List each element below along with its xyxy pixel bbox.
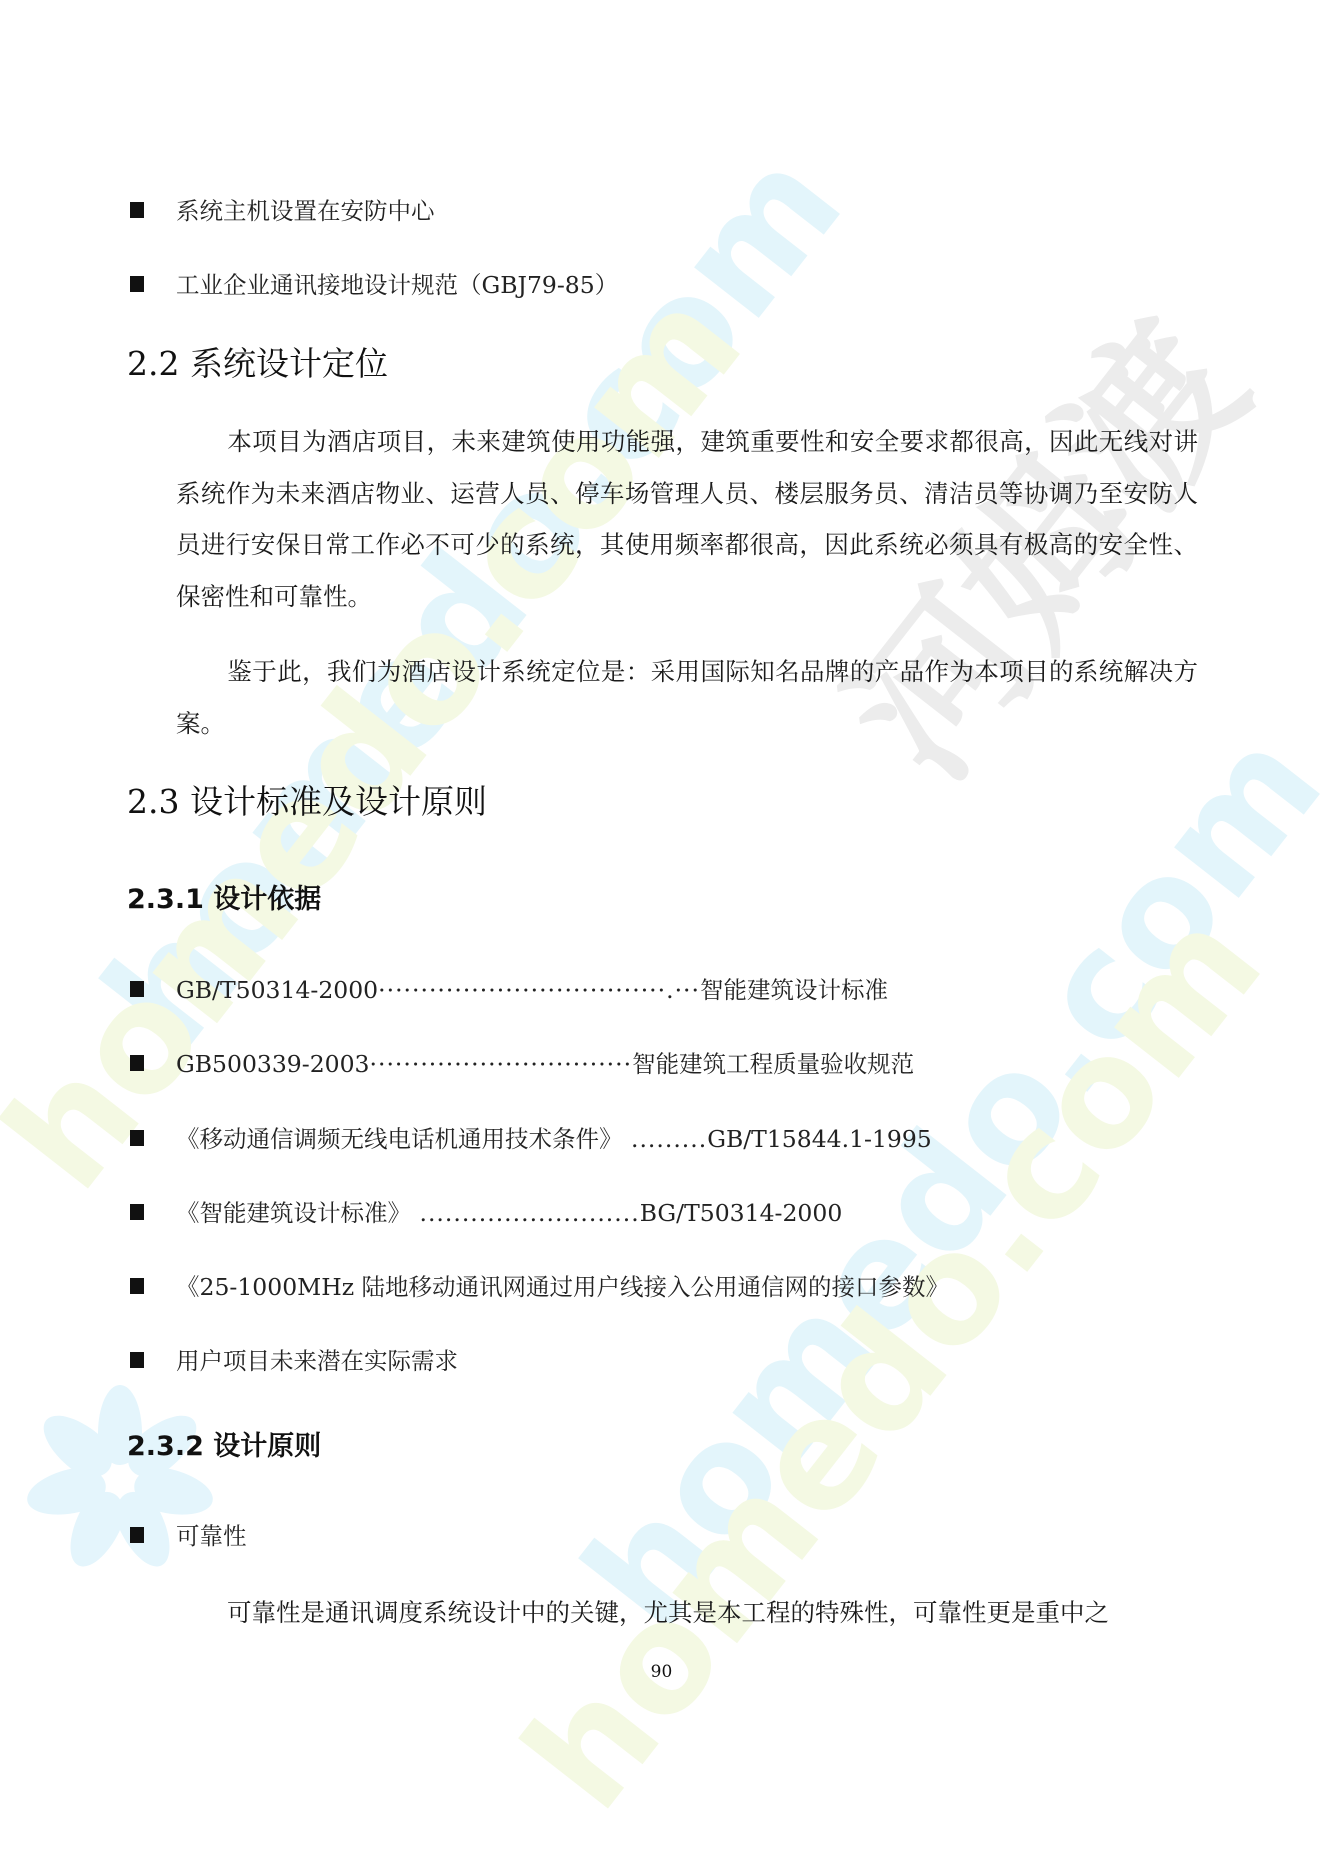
square-bullet-icon — [130, 1527, 144, 1543]
paragraph: 本项目为酒店项目，未来建筑使用功能强，建筑重要性和安全要求都很高，因此无线对讲系… — [176, 416, 1198, 622]
standard-code: BG/T50314-2000 — [640, 1199, 843, 1227]
standard-code: GB/T50314-2000 — [176, 976, 378, 1004]
subsection-heading-2-3-1: 2.3.1 设计依据 — [127, 883, 321, 917]
standard-title: 《25-1000MHz 陆地移动通讯网通过用户线接入公用通信网的接口参数》 — [176, 1272, 949, 1302]
list-item-text: 用户项目未来潜在实际需求 — [176, 1346, 458, 1376]
list-item: 《25-1000MHz 陆地移动通讯网通过用户线接入公用通信网的接口参数》 — [0, 1272, 1323, 1302]
paragraph: 鉴于此，我们为酒店设计系统定位是：采用国际知名品牌的产品作为本项目的系统解决方案… — [176, 646, 1198, 749]
paragraph: 可靠性是通讯调度系统设计中的关键，尤其是本工程的特殊性，可靠性更是重中之 — [176, 1587, 1198, 1639]
standard-code: GB/T15844.1-1995 — [707, 1125, 932, 1153]
leader-dots: ··································.··· — [378, 976, 700, 1004]
list-item: 系统主机设置在安防中心 — [0, 196, 1323, 226]
standard-title: 《智能建筑设计标准》 — [176, 1199, 411, 1227]
list-item-text: 系统主机设置在安防中心 — [176, 196, 435, 226]
square-bullet-icon — [130, 276, 144, 292]
standard-code: GB500339-2003 — [176, 1050, 370, 1078]
square-bullet-icon — [130, 202, 144, 218]
square-bullet-icon — [130, 1204, 144, 1220]
leader-dots: ······························· — [370, 1050, 633, 1078]
page-number: 90 — [0, 1662, 1323, 1682]
standard-title: 《移动通信调频无线电话机通用技术条件》 — [176, 1125, 623, 1153]
square-bullet-icon — [130, 1130, 144, 1146]
document-page: 系统主机设置在安防中心 工业企业通讯接地设计规范（GBJ79-85） 2.2 系… — [0, 0, 1323, 1871]
list-item: GB/T50314-2000··························… — [0, 975, 1323, 1005]
leader-dots: ......... — [623, 1125, 708, 1153]
standard-title: 智能建筑设计标准 — [700, 976, 888, 1004]
list-item: GB500339-2003···························… — [0, 1049, 1323, 1079]
square-bullet-icon — [130, 1352, 144, 1368]
list-item: 《移动通信调频无线电话机通用技术条件》 .........GB/T15844.1… — [0, 1124, 1323, 1154]
section-heading-2-3: 2.3 设计标准及设计原则 — [127, 782, 487, 822]
square-bullet-icon — [130, 1055, 144, 1071]
leader-dots: .......................... — [411, 1199, 640, 1227]
list-item-text: 工业企业通讯接地设计规范（GBJ79-85） — [176, 270, 618, 300]
list-item-text: 可靠性 — [176, 1521, 247, 1551]
list-item: 用户项目未来潜在实际需求 — [0, 1346, 1323, 1376]
standard-title: 智能建筑工程质量验收规范 — [632, 1050, 914, 1078]
square-bullet-icon — [130, 1278, 144, 1294]
list-item: 可靠性 — [0, 1521, 1323, 1551]
list-item: 《智能建筑设计标准》 ..........................BG/… — [0, 1198, 1323, 1228]
subsection-heading-2-3-2: 2.3.2 设计原则 — [127, 1430, 321, 1464]
paragraph-text: 可靠性是通讯调度系统设计中的关键，尤其是本工程的特殊性，可靠性更是重中之 — [227, 1598, 1109, 1627]
paragraph-text: 本项目为酒店项目，未来建筑使用功能强，建筑重要性和安全要求都很高，因此无线对讲系… — [176, 427, 1198, 611]
list-item: 工业企业通讯接地设计规范（GBJ79-85） — [0, 270, 1323, 300]
square-bullet-icon — [130, 981, 144, 997]
paragraph-text: 鉴于此，我们为酒店设计系统定位是：采用国际知名品牌的产品作为本项目的系统解决方案… — [176, 657, 1198, 738]
section-heading-2-2: 2.2 系统设计定位 — [127, 344, 388, 384]
